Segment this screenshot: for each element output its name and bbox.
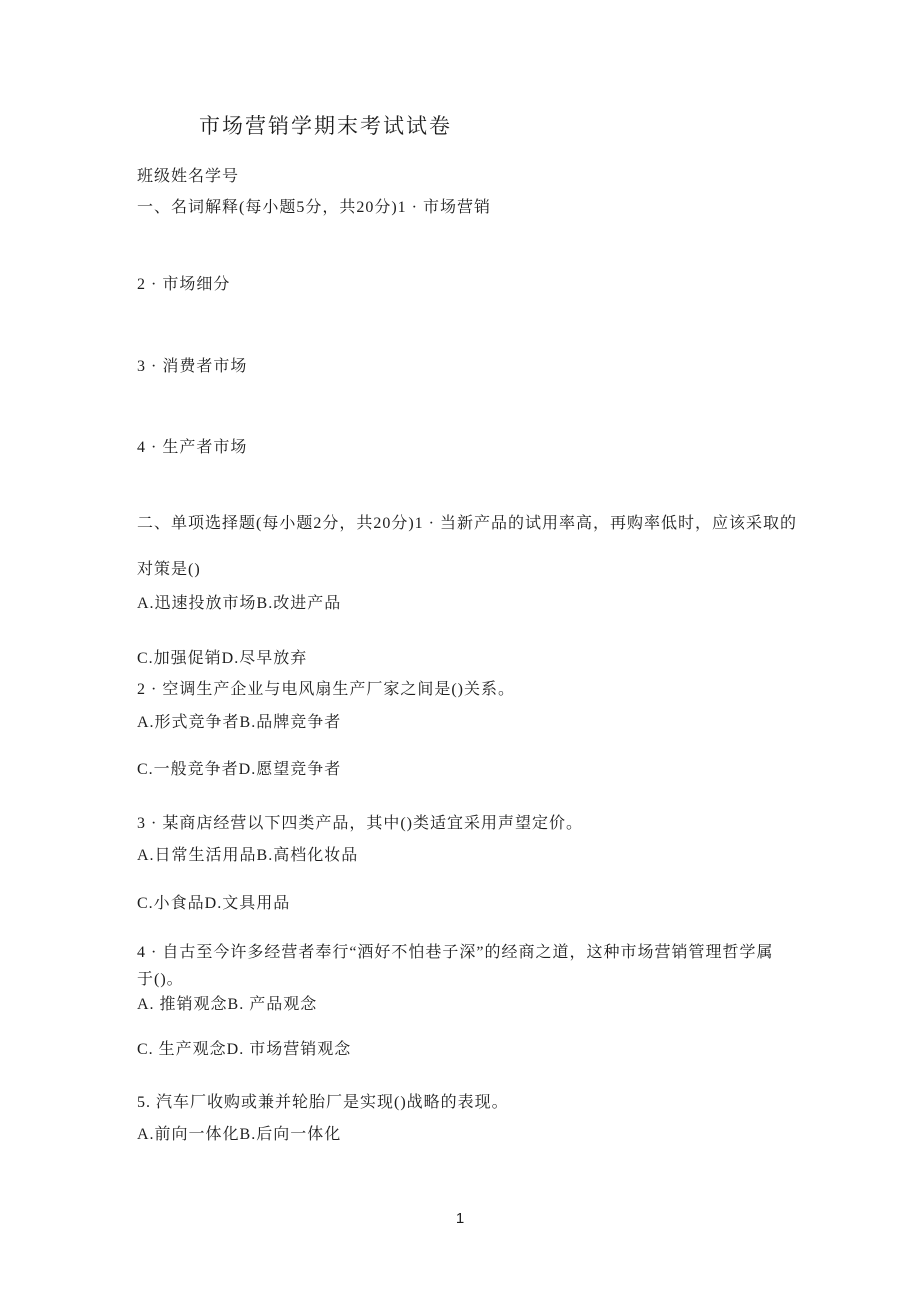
section2-q4-stem-line1: 4 · 自古至今许多经营者奉行“酒好不怕巷子深”的经商之道，这种市场营销管理哲学… — [137, 939, 774, 962]
section2-q3-stem: 3 · 某商店经营以下四类产品，其中()类适宜采用声望定价。 — [137, 810, 583, 833]
section2-q4-stem-line2: 于()。 — [137, 966, 184, 989]
section2-q1-options-ab: A.迅速投放市场B.改进产品 — [137, 590, 341, 613]
page-number: 1 — [0, 1210, 920, 1227]
section2-q2-stem: 2 · 空调生产企业与电风扇生产厂家之间是()关系。 — [137, 676, 515, 699]
section2-q2-options-cd: C.一般竞争者D.愿望竞争者 — [137, 756, 341, 779]
section2-q1-line2: 对策是() — [137, 556, 201, 579]
exam-title: 市场营销学期末考试试卷 — [199, 110, 452, 140]
section1-q4: 4 · 生产者市场 — [137, 434, 247, 457]
section2-q4-options-cd: C. 生产观念D. 市场营销观念 — [137, 1036, 351, 1059]
section2-q4-options-ab: A. 推销观念B. 产品观念 — [137, 991, 317, 1014]
section1-heading-q1: 一、名词解释(每小题5分，共20分)1 · 市场营销 — [137, 194, 491, 217]
student-info-line: 班级姓名学号 — [137, 163, 239, 186]
section2-q1-options-cd: C.加强促销D.尽早放弃 — [137, 645, 307, 668]
document-page: 市场营销学期末考试试卷 班级姓名学号 一、名词解释(每小题5分，共20分)1 ·… — [0, 0, 920, 1302]
section2-q2-options-ab: A.形式竞争者B.品牌竞争者 — [137, 709, 341, 732]
section1-q2: 2 · 市场细分 — [137, 271, 230, 294]
section2-q5-options-ab: A.前向一体化B.后向一体化 — [137, 1121, 341, 1144]
section2-q3-options-cd: C.小食品D.文具用品 — [137, 890, 290, 913]
section2-heading-q1-line1: 二、单项选择题(每小题2分，共20分)1 · 当新产品的试用率高，再购率低时，应… — [137, 510, 797, 533]
section1-q3: 3 · 消费者市场 — [137, 353, 247, 376]
section2-q5-stem: 5. 汽车厂收购或兼并轮胎厂是实现()战略的表现。 — [137, 1089, 509, 1112]
section2-q3-options-ab: A.日常生活用品B.高档化妆品 — [137, 842, 358, 865]
